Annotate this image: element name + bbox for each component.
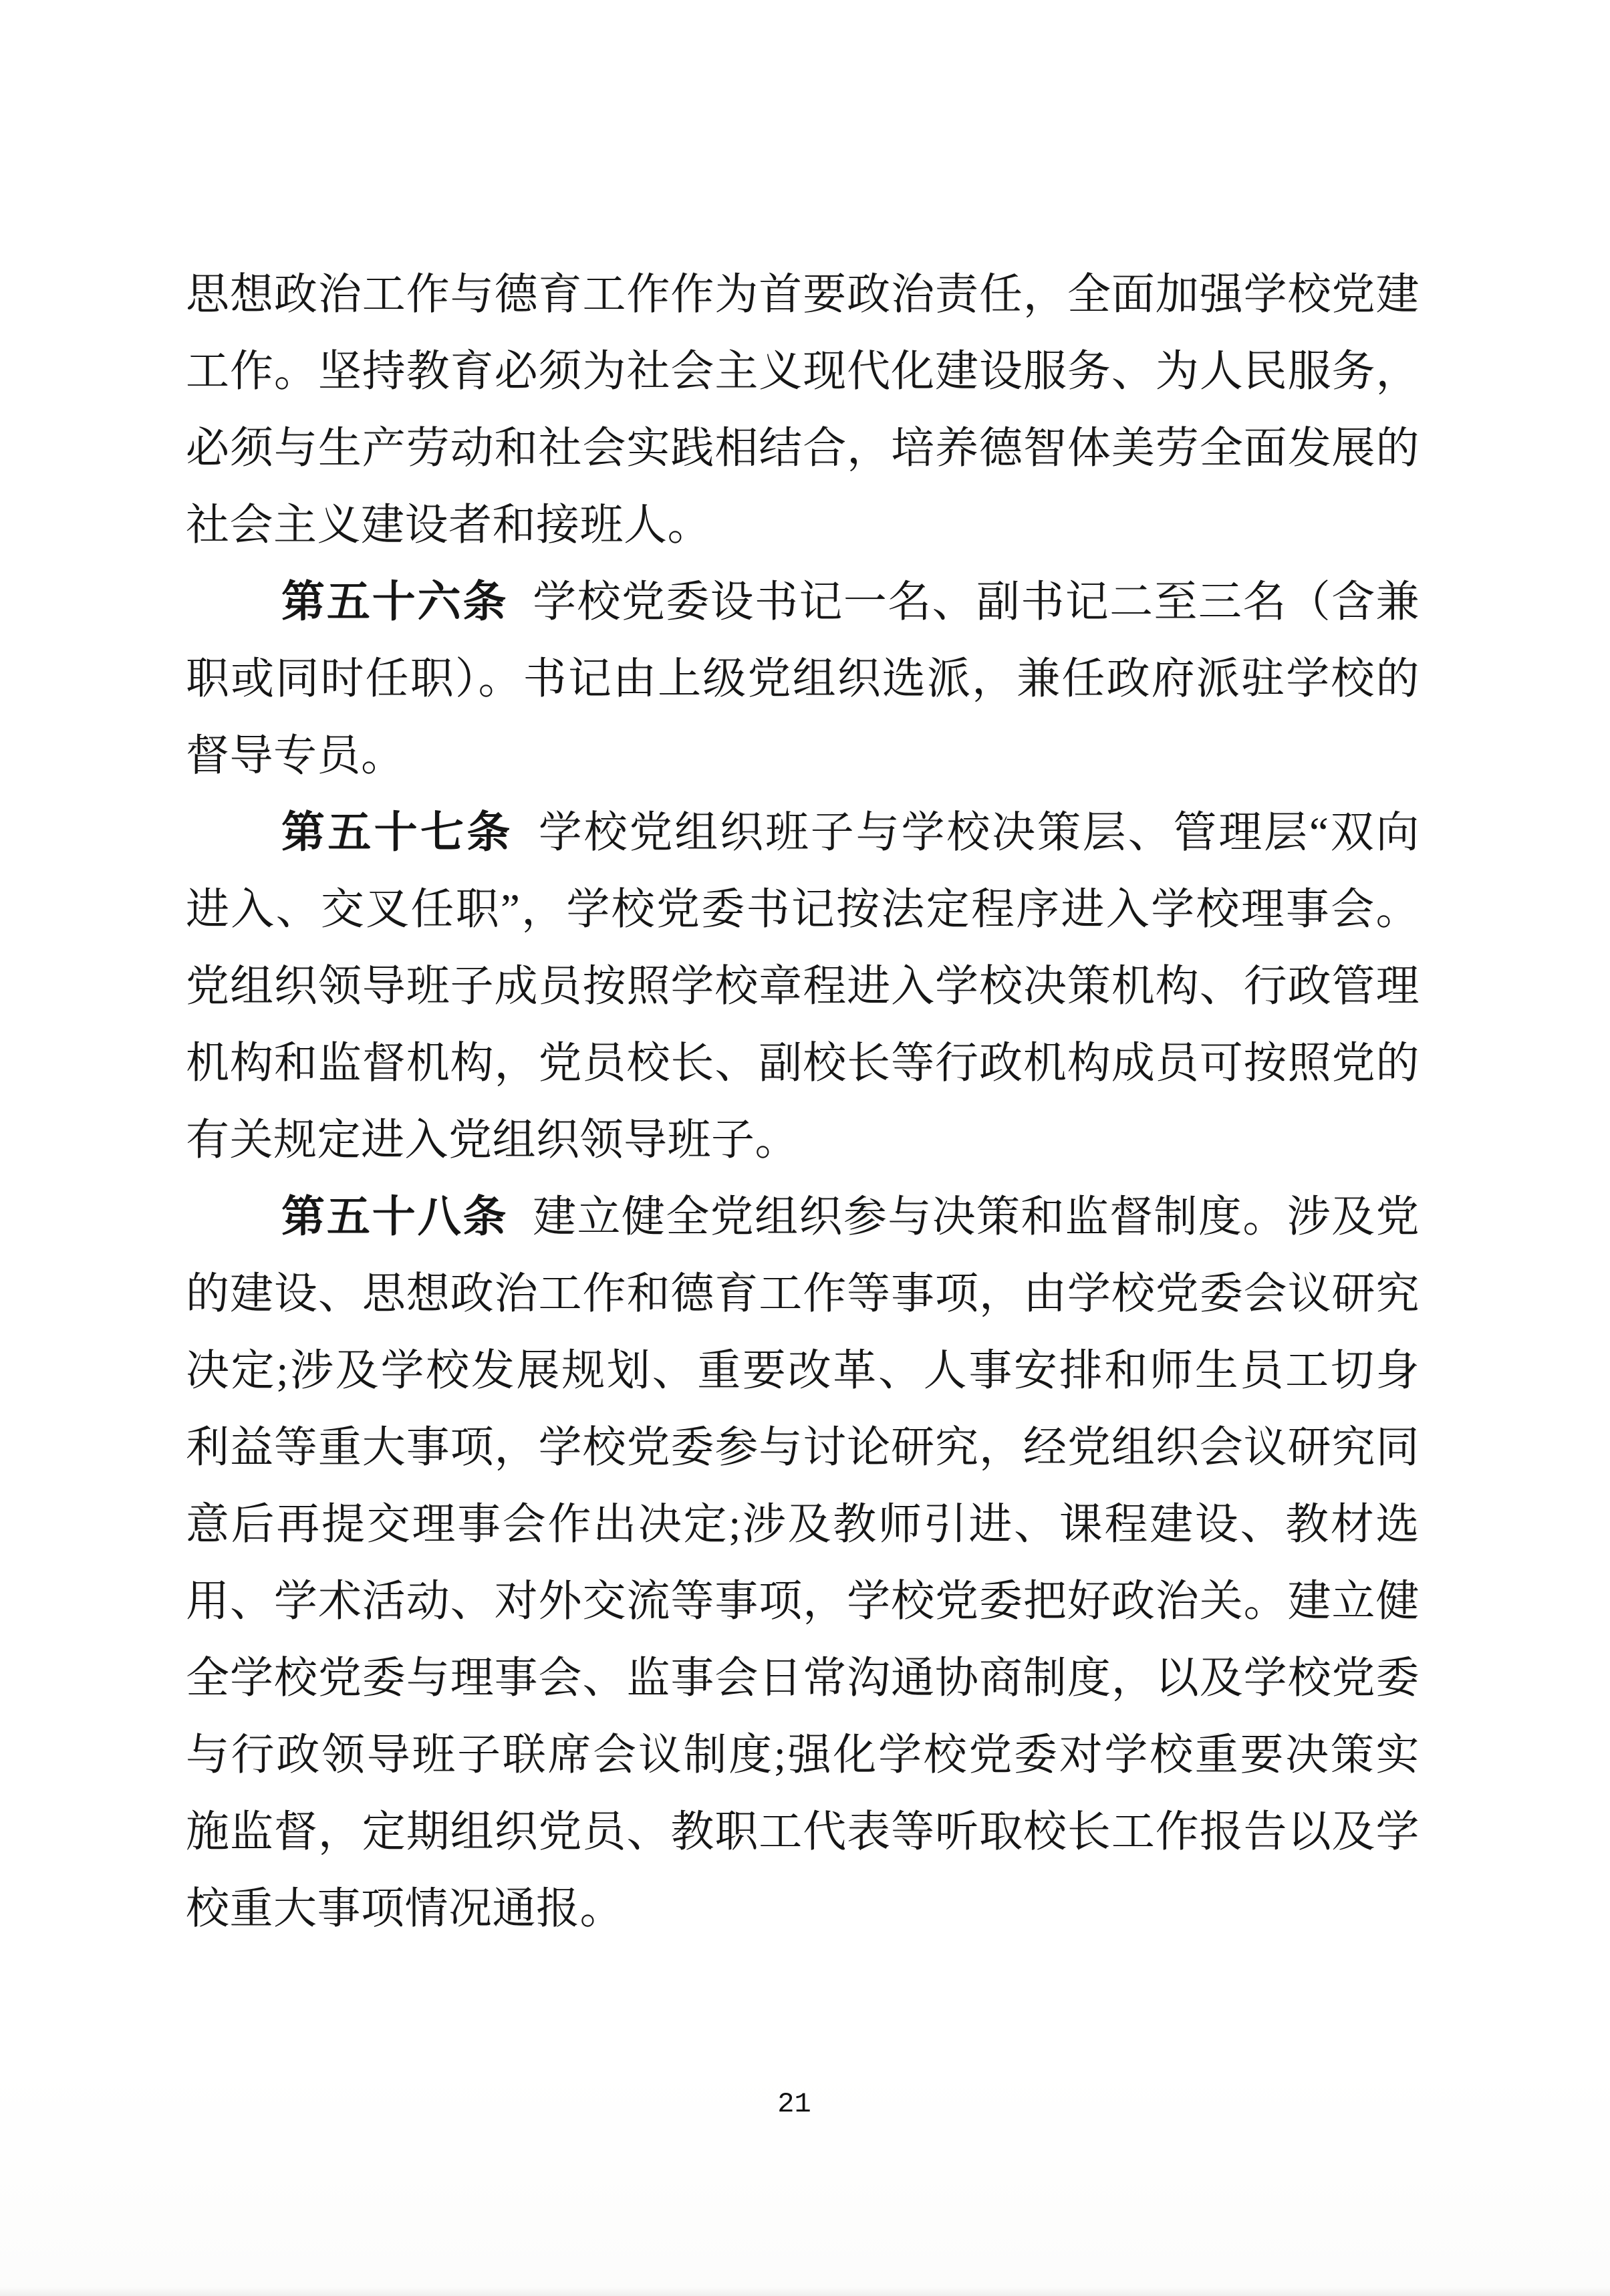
line-text: 思想政治工作与德育工作作为首要政治责任，全面加强学校党建 [186, 271, 1420, 319]
line-text: 必须与生产劳动和社会实践相结合，培养德智体美劳全面发展的 [186, 424, 1420, 473]
text-line: 督导专员。 [186, 718, 1420, 795]
text-line: 党组织领导班子成员按照学校章程进入学校决策机构、行政管理 [186, 948, 1420, 1025]
article-number: 第五十六条 [281, 578, 508, 626]
article-line: 第五十六条学校党委设书记一名、副书记二至三名（含兼 [186, 564, 1420, 641]
line-text: 意后再提交理事会作出决定;涉及教师引进、课程建设、教材选 [186, 1501, 1420, 1549]
text-line: 有关规定进入党组织领导班子。 [186, 1102, 1420, 1179]
text-line: 决定;涉及学校发展规划、重要改革、人事安排和师生员工切身 [186, 1333, 1420, 1410]
line-text: 决定;涉及学校发展规划、重要改革、人事安排和师生员工切身 [186, 1347, 1420, 1395]
line-text: 与行政领导班子联席会议制度;强化学校党委对学校重要决策实 [186, 1731, 1420, 1779]
line-text: 社会主义建设者和接班人。 [186, 501, 711, 549]
document-body-text: 思想政治工作与德育工作作为首要政治责任，全面加强学校党建工作。坚持教育必须为社会… [186, 257, 1420, 1948]
text-line: 与行政领导班子联席会议制度;强化学校党委对学校重要决策实 [186, 1717, 1420, 1794]
line-text: 校重大事项情况通报。 [186, 1885, 624, 1933]
line-text: 施监督，定期组织党员、教职工代表等听取校长工作报告以及学 [186, 1808, 1420, 1856]
line-text: 职或同时任职）。书记由上级党组织选派，兼任政府派驻学校的 [186, 655, 1420, 703]
line-text: 建立健全党组织参与决策和监督制度。涉及党 [532, 1193, 1420, 1241]
line-text: 学校党组织班子与学校决策层、管理层“双向 [537, 809, 1420, 857]
text-line: 的建设、思想政治工作和德育工作等事项，由学校党委会议研究 [186, 1256, 1420, 1333]
article-number: 第五十八条 [281, 1193, 508, 1241]
text-line: 利益等重大事项，学校党委参与讨论研究，经党组织会议研究同 [186, 1410, 1420, 1487]
line-text: 督导专员。 [186, 732, 405, 780]
line-text: 全学校党委与理事会、监事会日常沟通协商制度，以及学校党委 [186, 1654, 1420, 1702]
text-line: 社会主义建设者和接班人。 [186, 487, 1420, 564]
article-line: 第五十八条建立健全党组织参与决策和监督制度。涉及党 [186, 1179, 1420, 1256]
scan-edge-shadow [0, 2287, 1610, 2296]
line-text: 进入、交叉任职”，学校党委书记按法定程序进入学校理事会。 [186, 886, 1420, 934]
text-line: 思想政治工作与德育工作作为首要政治责任，全面加强学校党建 [186, 257, 1420, 334]
line-text: 的建设、思想政治工作和德育工作等事项，由学校党委会议研究 [186, 1270, 1420, 1318]
text-line: 进入、交叉任职”，学校党委书记按法定程序进入学校理事会。 [186, 872, 1420, 948]
text-line: 校重大事项情况通报。 [186, 1871, 1420, 1948]
text-line: 机构和监督机构，党员校长、副校长等行政机构成员可按照党的 [186, 1025, 1420, 1102]
article-number: 第五十七条 [281, 809, 513, 857]
page-footer: 21 [0, 2087, 1610, 2122]
document-page: 思想政治工作与德育工作作为首要政治责任，全面加强学校党建工作。坚持教育必须为社会… [0, 0, 1610, 2296]
line-text: 有关规定进入党组织领导班子。 [186, 1116, 799, 1164]
text-line: 全学校党委与理事会、监事会日常沟通协商制度，以及学校党委 [186, 1640, 1420, 1717]
text-line: 用、学术活动、对外交流等事项，学校党委把好政治关。建立健 [186, 1563, 1420, 1640]
text-line: 职或同时任职）。书记由上级党组织选派，兼任政府派驻学校的 [186, 641, 1420, 718]
article-line: 第五十七条学校党组织班子与学校决策层、管理层“双向 [186, 795, 1420, 872]
line-text: 机构和监督机构，党员校长、副校长等行政机构成员可按照党的 [186, 1039, 1420, 1088]
line-text: 党组织领导班子成员按照学校章程进入学校决策机构、行政管理 [186, 963, 1420, 1011]
line-text: 利益等重大事项，学校党委参与讨论研究，经党组织会议研究同 [186, 1424, 1420, 1472]
text-line: 必须与生产劳动和社会实践相结合，培养德智体美劳全面发展的 [186, 410, 1420, 487]
text-line: 施监督，定期组织党员、教职工代表等听取校长工作报告以及学 [186, 1794, 1420, 1871]
line-text: 用、学术活动、对外交流等事项，学校党委把好政治关。建立健 [186, 1577, 1420, 1626]
line-text: 工作。坚持教育必须为社会主义现代化建设服务、为人民服务， [186, 348, 1420, 396]
text-line: 意后再提交理事会作出决定;涉及教师引进、课程建设、教材选 [186, 1487, 1420, 1563]
page-number: 21 [777, 2087, 811, 2122]
text-line: 工作。坚持教育必须为社会主义现代化建设服务、为人民服务， [186, 334, 1420, 410]
line-text: 学校党委设书记一名、副书记二至三名（含兼 [532, 578, 1420, 626]
